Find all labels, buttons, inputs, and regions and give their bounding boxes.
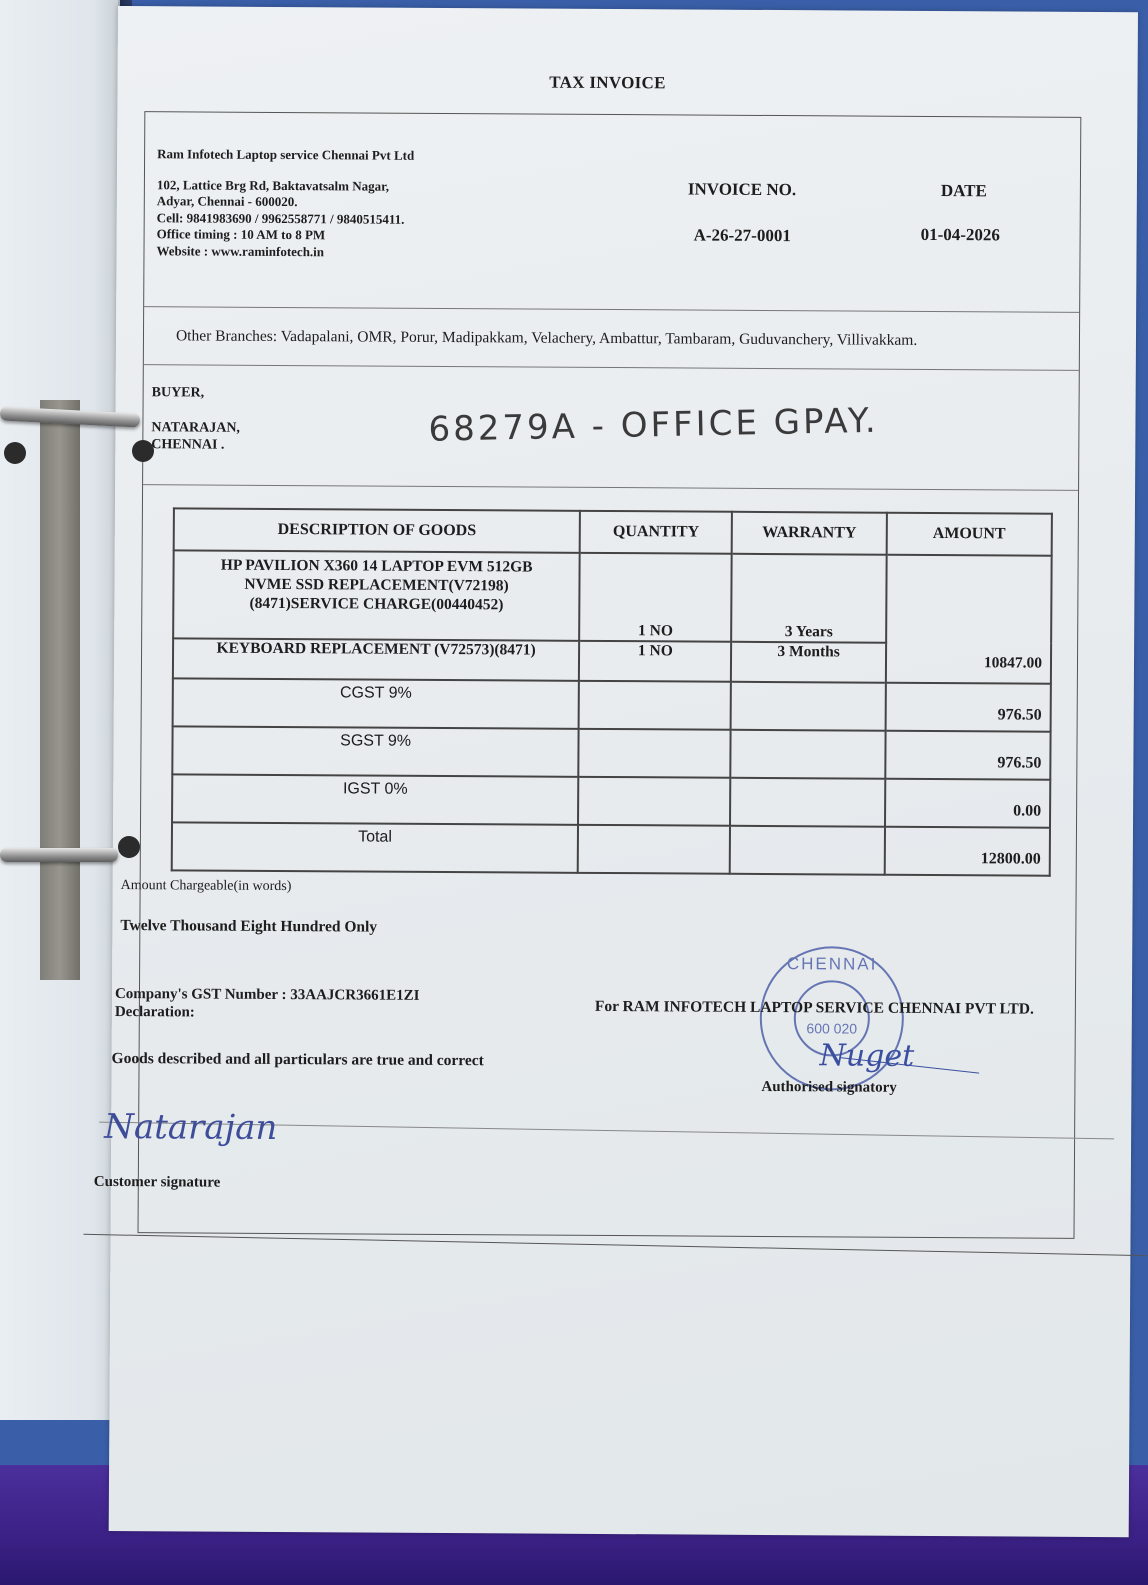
frame-bottom-line — [83, 1234, 1148, 1257]
other-branches: Other Branches: Vadapalani, OMR, Porur, … — [176, 327, 917, 350]
item-quantity: 1 NO — [579, 641, 731, 682]
table-header-row: DESCRIPTION OF GOODS QUANTITY WARRANTY A… — [174, 508, 1052, 555]
empty-cell — [578, 825, 730, 874]
punch-hole-icon — [132, 440, 154, 462]
empty-cell — [578, 777, 730, 826]
invoice-date: 01-04-2026 — [921, 225, 1000, 245]
item-description: KEYBOARD REPLACEMENT (V72573)(8471) — [173, 638, 579, 680]
item-description-line: HP PAVILION X360 14 LAPTOP EVM 512GB — [183, 555, 571, 576]
amount-in-words: Twelve Thousand Eight Hundred Only — [120, 917, 377, 937]
declaration-text: Goods described and all particulars are … — [112, 1050, 484, 1070]
total-label: Total — [172, 822, 578, 872]
customer-signature-label: Customer signature — [94, 1174, 221, 1192]
punch-hole-icon — [4, 442, 26, 464]
buyer-block: BUYER, NATARAJAN, CHENNAI . — [151, 384, 240, 454]
header-warranty: WARRANTY — [732, 512, 887, 555]
tax-amount: 976.50 — [885, 683, 1051, 732]
tax-row-igst: IGST 0% 0.00 — [172, 774, 1050, 827]
divider — [144, 306, 1079, 313]
buyer-label: BUYER, — [152, 384, 241, 402]
tax-amount: 0.00 — [885, 779, 1051, 828]
stamp-pincode: 600 020 — [762, 1020, 902, 1037]
seller-address-line2: Adyar, Chennai - 600020. — [157, 193, 414, 211]
tax-label: IGST 0% — [172, 774, 578, 824]
items-amount: 10847.00 — [886, 555, 1052, 684]
seller-timing: Office timing : 10 AM to 8 PM — [157, 226, 414, 244]
declaration-label: Declaration: — [115, 1003, 420, 1023]
authorised-signatory-label: Authorised signatory — [761, 1079, 897, 1097]
empty-cell — [731, 730, 886, 779]
for-company: For RAM INFOTECH LAPTOP SERVICE CHENNAI … — [595, 998, 1034, 1019]
gst-number: Company's GST Number : 33AAJCR3661E1ZI — [115, 985, 420, 1005]
empty-cell — [578, 729, 730, 778]
tax-row-cgst: CGST 9% 976.50 — [173, 678, 1051, 731]
document-title: TAX INVOICE — [117, 70, 1097, 96]
header-description: DESCRIPTION OF GOODS — [174, 508, 580, 552]
table-row: HP PAVILION X360 14 LAPTOP EVM 512GB NVM… — [173, 550, 1052, 643]
binder-spine — [40, 400, 80, 980]
buyer-city: CHENNAI . — [151, 436, 240, 454]
stamp-ring-text: CHENNAI — [762, 954, 902, 975]
item-description-line: NVME SSD REPLACEMENT(V72198) — [182, 574, 570, 595]
tax-row-sgst: SGST 9% 976.50 — [172, 726, 1050, 779]
goods-table: DESCRIPTION OF GOODS QUANTITY WARRANTY A… — [171, 507, 1053, 876]
header-amount: AMOUNT — [886, 513, 1051, 556]
gst-block: Company's GST Number : 33AAJCR3661E1ZI D… — [115, 985, 420, 1023]
customer-signature: Natarajan — [104, 1107, 277, 1148]
empty-cell — [731, 682, 886, 731]
empty-cell — [730, 826, 885, 875]
invoice-sheet: TAX INVOICE Ram Infotech Laptop service … — [109, 6, 1138, 1537]
invoice-number: A-26-27-0001 — [694, 226, 791, 247]
amount-words-label: Amount Chargeable(in words) — [121, 878, 292, 895]
authorised-signature: Nuget — [819, 1038, 914, 1074]
seller-name: Ram Infotech Laptop service Chennai Pvt … — [157, 146, 414, 164]
divider — [143, 484, 1078, 491]
binder-ring-icon — [0, 848, 118, 862]
invoice-number-label: INVOICE NO. — [688, 179, 796, 200]
tax-amount: 976.50 — [885, 731, 1051, 780]
invoice-frame: Ram Infotech Laptop service Chennai Pvt … — [138, 111, 1082, 1239]
item-warranty: 3 Years — [732, 554, 887, 643]
item-description-line: (8471)SERVICE CHARGE(00440452) — [182, 593, 570, 614]
divider — [144, 364, 1079, 371]
item-description: HP PAVILION X360 14 LAPTOP EVM 512GB NVM… — [173, 550, 580, 640]
seller-address-line1: 102, Lattice Brg Rd, Baktavatsalm Nagar, — [157, 177, 414, 195]
tax-label: CGST 9% — [173, 678, 579, 728]
buyer-name: NATARAJAN, — [151, 419, 240, 437]
item-warranty: 3 Months — [731, 642, 886, 683]
punch-hole-icon — [118, 836, 140, 858]
tax-label: SGST 9% — [172, 726, 578, 776]
empty-cell — [579, 681, 731, 730]
invoice-date-label: DATE — [941, 181, 987, 201]
total-row: Total 12800.00 — [172, 822, 1050, 875]
handwritten-payment-note: 68279A - OFFICE GPAY. — [428, 401, 879, 450]
header-quantity: QUANTITY — [580, 511, 732, 554]
total-amount: 12800.00 — [884, 827, 1050, 876]
item-quantity: 1 NO — [579, 553, 732, 642]
seller-block: Ram Infotech Laptop service Chennai Pvt … — [156, 146, 414, 261]
seller-cell: Cell: 9841983690 / 9962558771 / 98405154… — [157, 210, 414, 228]
empty-cell — [730, 778, 885, 827]
seller-website: Website : www.raminfotech.in — [156, 243, 413, 261]
